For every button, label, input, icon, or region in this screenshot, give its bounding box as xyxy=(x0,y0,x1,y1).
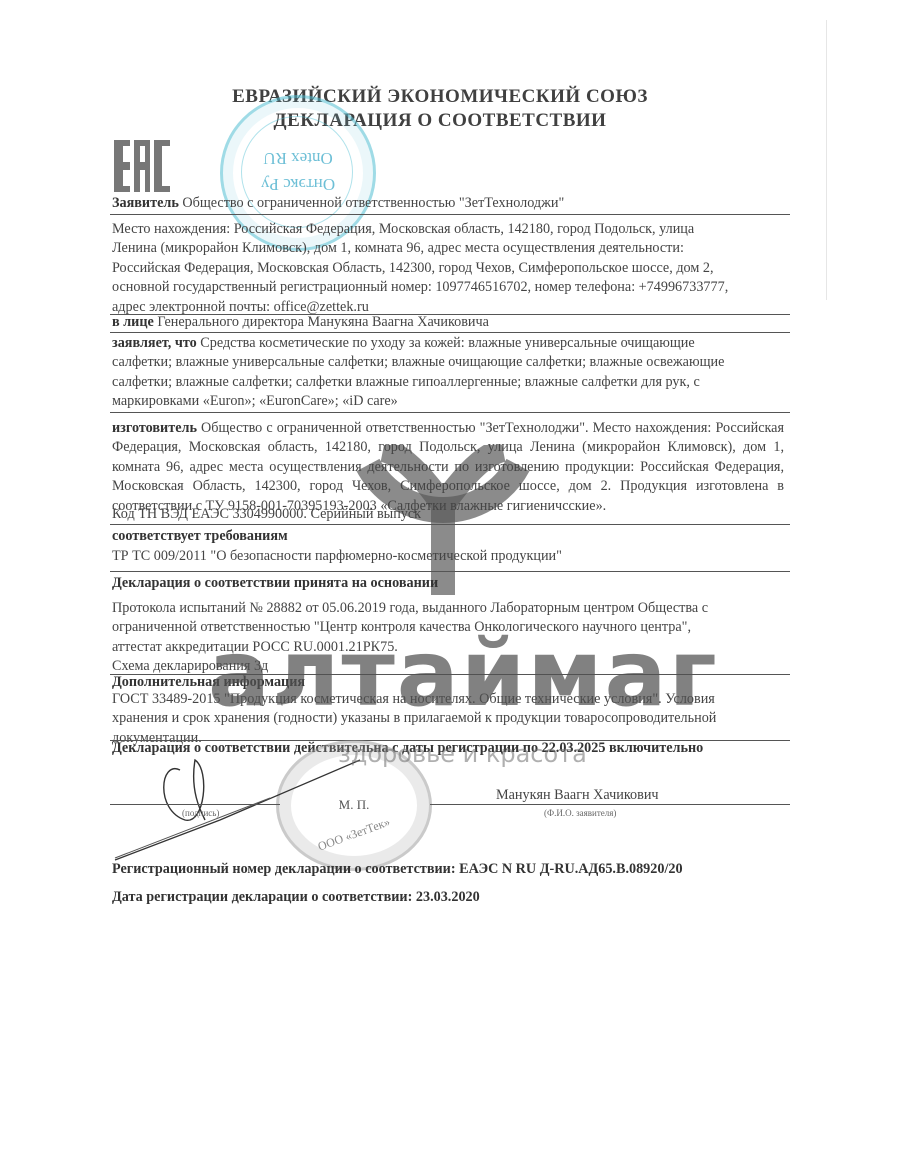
signature-caption: (подпись) xyxy=(182,808,219,818)
compliance-value: ТР ТС 009/2011 "О безопасности парфюмерн… xyxy=(112,547,784,566)
watermark-brand: алтаймаг xyxy=(208,628,719,720)
page-edge xyxy=(826,20,827,300)
signer-name: Манукян Ваагн Хачикович xyxy=(496,786,756,805)
watermark-tagline: здоровье и красота xyxy=(338,740,587,768)
applicant-address: Место нахождения: Российская Федерация, … xyxy=(112,220,784,317)
registration-date: Дата регистрации декларации о соответств… xyxy=(112,888,784,907)
applicant-row: Заявитель Общество с ограниченной ответс… xyxy=(112,194,784,213)
basis-label: Декларация о соответствии принята на осн… xyxy=(112,574,784,593)
name-caption: (Ф.И.О. заявителя) xyxy=(544,808,616,818)
eac-logo-icon xyxy=(114,140,170,192)
manufacturer-block: изготовитель Общество с ограниченной отв… xyxy=(112,419,784,516)
declares-block: заявляет, что Средства косметические по … xyxy=(112,334,784,412)
document-title: ДЕКЛАРАЦИЯ О СООТВЕТСТВИИ xyxy=(0,110,890,132)
applicant-person: в лице Генерального директора Манукяна В… xyxy=(112,313,784,332)
signature-icon xyxy=(110,750,370,870)
union-title: ЕВРАЗИЙСКИЙ ЭКОНОМИЧЕСКИЙ СОЮЗ xyxy=(0,86,890,108)
compliance-label: соответствует требованиям xyxy=(112,527,784,546)
hs-code: Код ТН ВЭД ЕАЭС 3304990000. Серийный вып… xyxy=(112,505,784,524)
registration-number: Регистрационный номер декларации о соотв… xyxy=(112,860,784,879)
